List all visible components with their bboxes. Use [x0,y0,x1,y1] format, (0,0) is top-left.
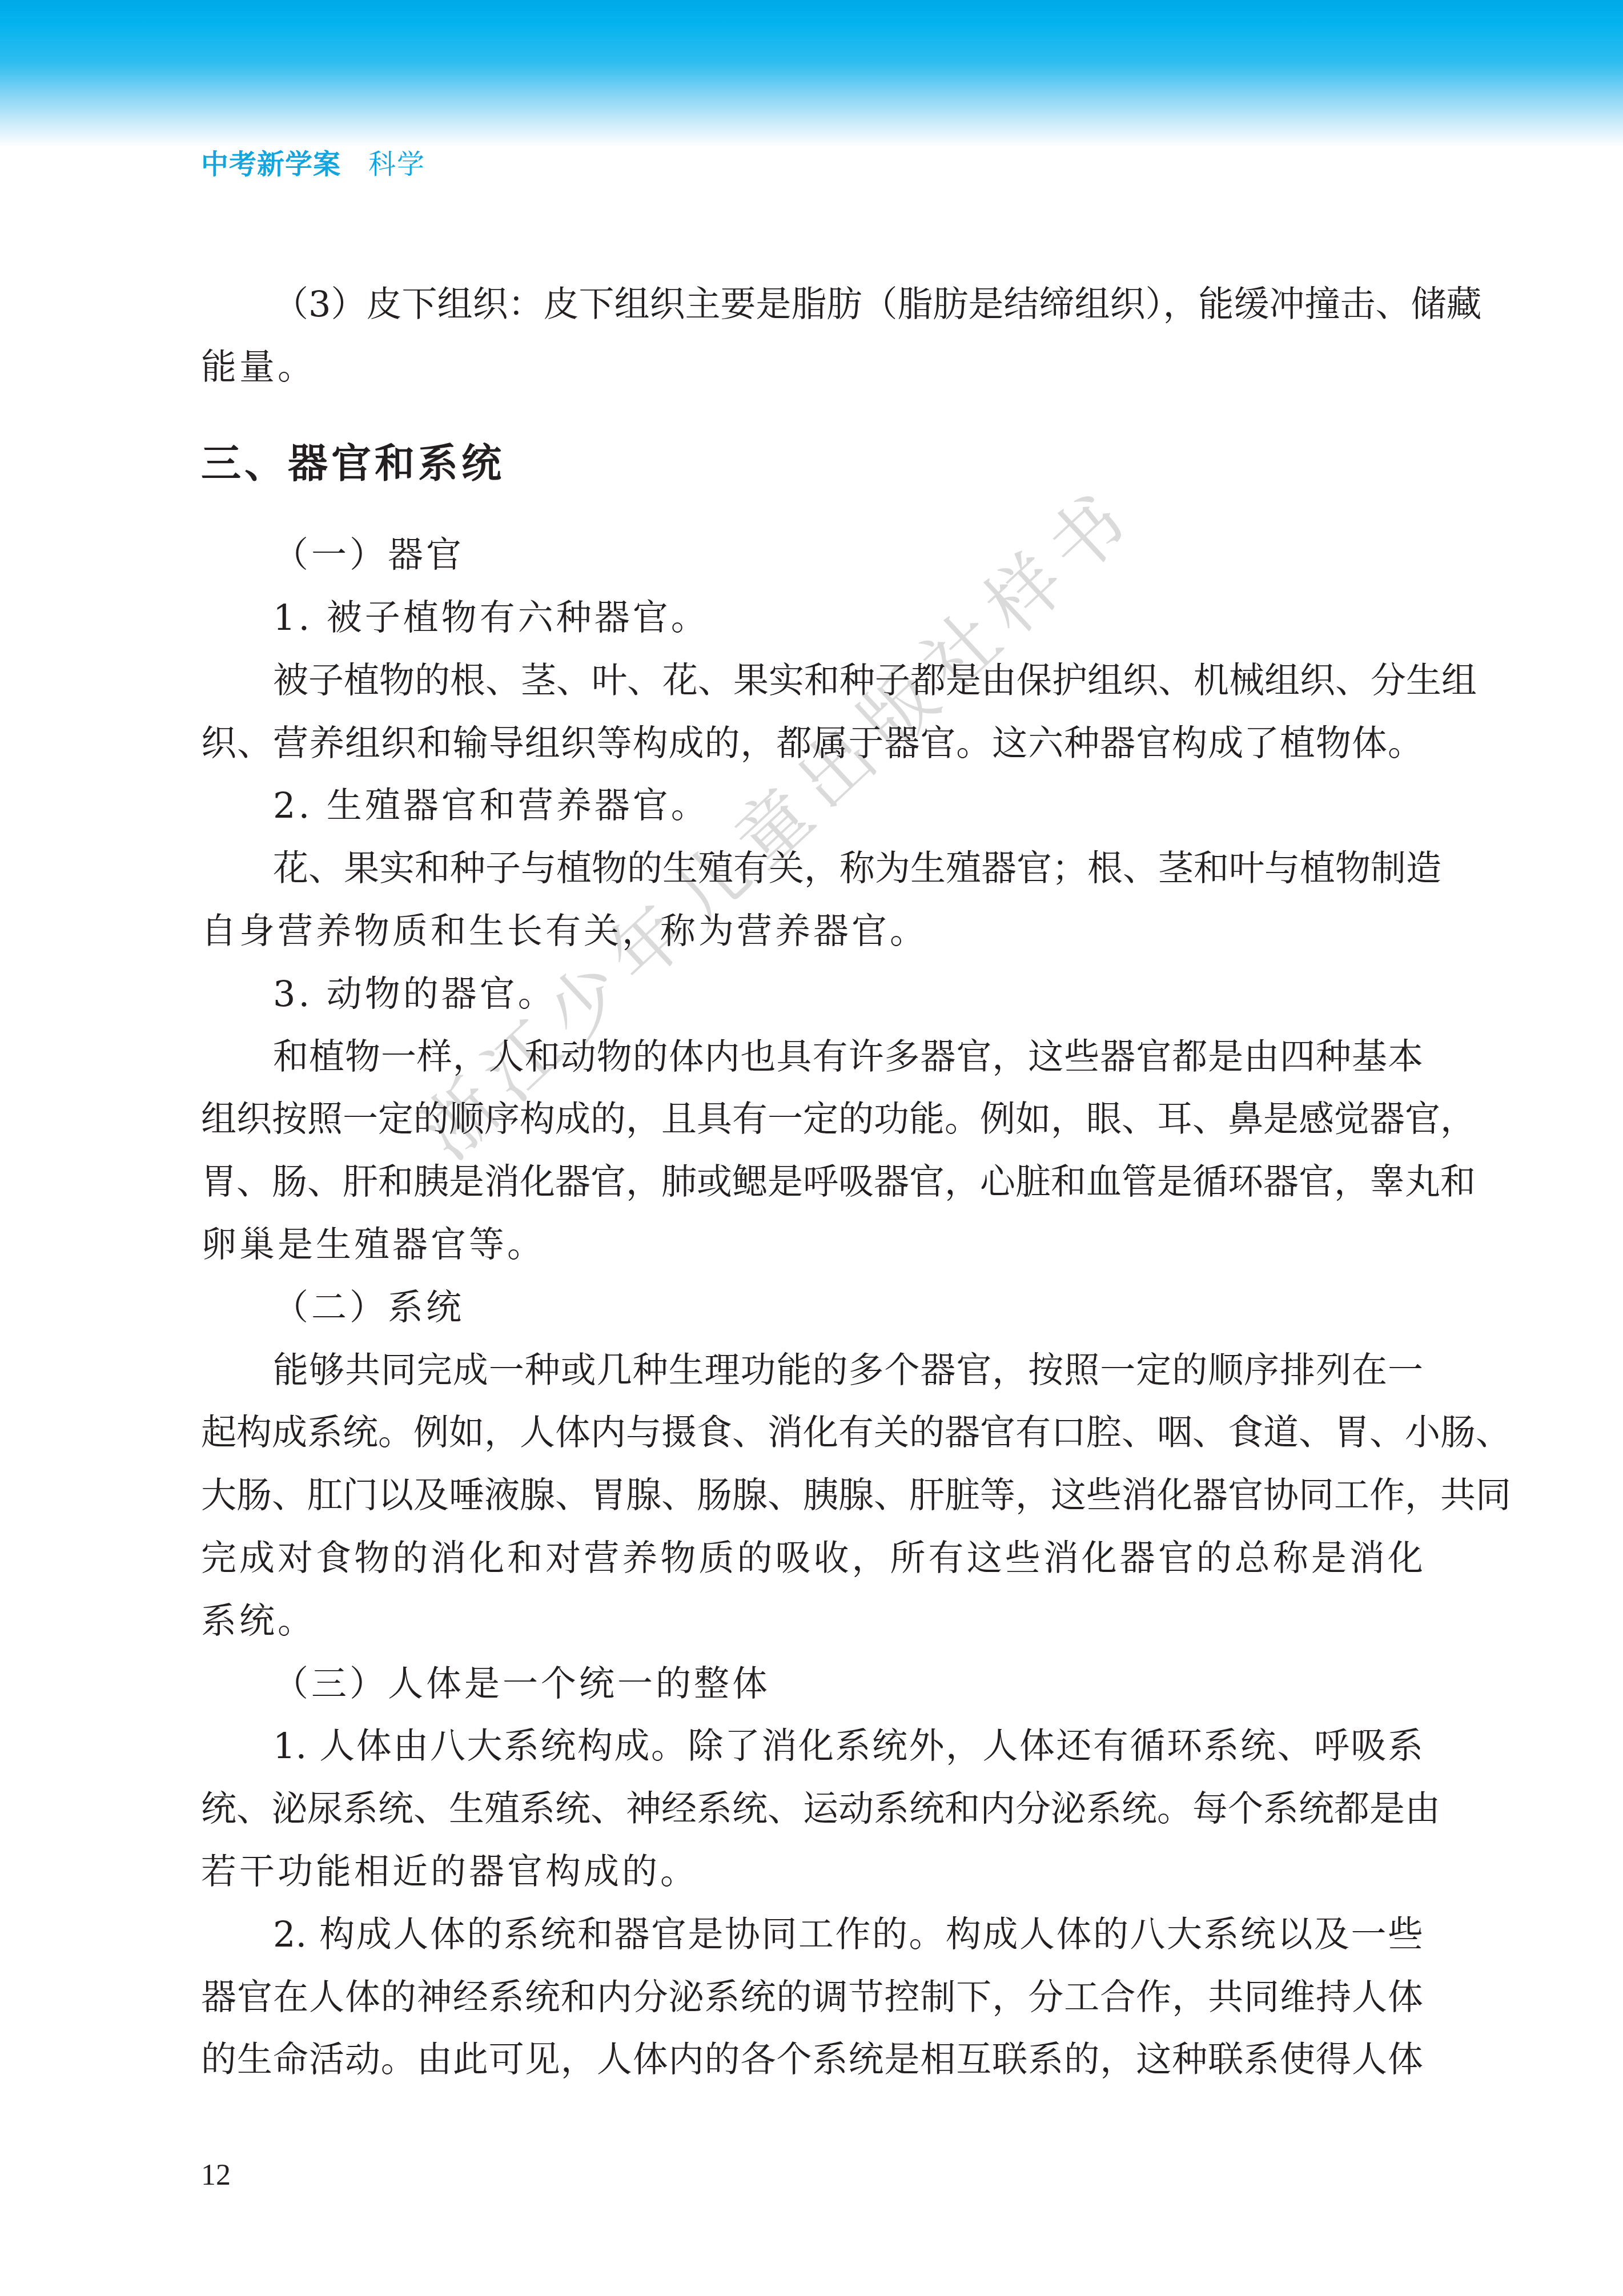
running-header: 中考新学案科学 [201,147,425,182]
paragraph-line: 和植物一样，人和动物的体内也具有许多器官，这些器官都是由四种基本 [273,1026,1423,1088]
paragraph-line: 花、果实和种子与植物的生殖有关，称为生殖器官；根、茎和叶与植物制造 [273,837,1423,900]
paragraph-line: （3）皮下组织：皮下组织主要是脂肪（脂肪是结缔组织），能缓冲撞击、储藏 [273,273,1423,336]
paragraph-line: 卵巢是生殖器官等。 [201,1213,1423,1276]
paragraph-line: 胃、肠、肝和胰是消化器官，肺或鳃是呼吸器官，心脏和血管是循环器官，睾丸和 [201,1151,1423,1213]
numbered-item: 2. 生殖器官和营养器官。 [273,774,1423,837]
paragraph-line: 织、营养组织和输导组织等构成的，都属于器官。这六种器官构成了植物体。 [201,712,1423,775]
paragraph-line: 1. 人体由八大系统构成。除了消化系统外，人体还有循环系统、呼吸系 [273,1715,1423,1778]
paragraph-line: 完成对食物的消化和对营养物质的吸收，所有这些消化器官的总称是消化 [201,1527,1423,1590]
paragraph-line: 统、泌尿系统、生殖系统、神经系统、运动系统和内分泌系统。每个系统都是由 [201,1778,1423,1840]
paragraph-line: 器官在人体的神经系统和内分泌系统的调节控制下，分工合作，共同维持人体 [201,1966,1423,2029]
paragraph-line: 起构成系统。例如，人体内与摄食、消化有关的器官有口腔、咽、食道、胃、小肠、 [201,1401,1423,1464]
subsection-heading: （二）系统 [273,1276,1423,1339]
subject-label: 科学 [368,148,425,180]
paragraph-line: 系统。 [201,1590,1423,1652]
paragraph-line: 若干功能相近的器官构成的。 [201,1840,1423,1903]
subsection-heading: （三）人体是一个统一的整体 [273,1652,1423,1715]
section-heading: 三、器官和系统 [201,435,505,492]
subsection-heading: （一）器官 [273,524,1423,586]
header-gradient-band [0,0,1623,148]
paragraph-line: 能量。 [201,336,1423,399]
paragraph-line: 被子植物的根、茎、叶、花、果实和种子都是由保护组织、机械组织、分生组 [273,649,1423,712]
paragraph-line: 的生命活动。由此可见，人体内的各个系统是相互联系的，这种联系使得人体 [201,2028,1423,2091]
paragraph-line: 大肠、肛门以及唾液腺、胃腺、肠腺、胰腺、肝脏等，这些消化器官协同工作，共同 [201,1464,1423,1527]
series-title: 中考新学案 [201,148,341,180]
page-number: 12 [201,2158,231,2193]
numbered-item: 1. 被子植物有六种器官。 [273,586,1423,649]
paragraph-line: 2. 构成人体的系统和器官是协同工作的。构成人体的八大系统以及一些 [273,1903,1423,1966]
numbered-item: 3. 动物的器官。 [273,963,1423,1026]
paragraph-line: 自身营养物质和生长有关，称为营养器官。 [201,900,1423,963]
paragraph-line: 组织按照一定的顺序构成的，且具有一定的功能。例如，眼、耳、鼻是感觉器官， [201,1088,1423,1151]
paragraph-line: 能够共同完成一种或几种生理功能的多个器官，按照一定的顺序排列在一 [273,1339,1423,1402]
